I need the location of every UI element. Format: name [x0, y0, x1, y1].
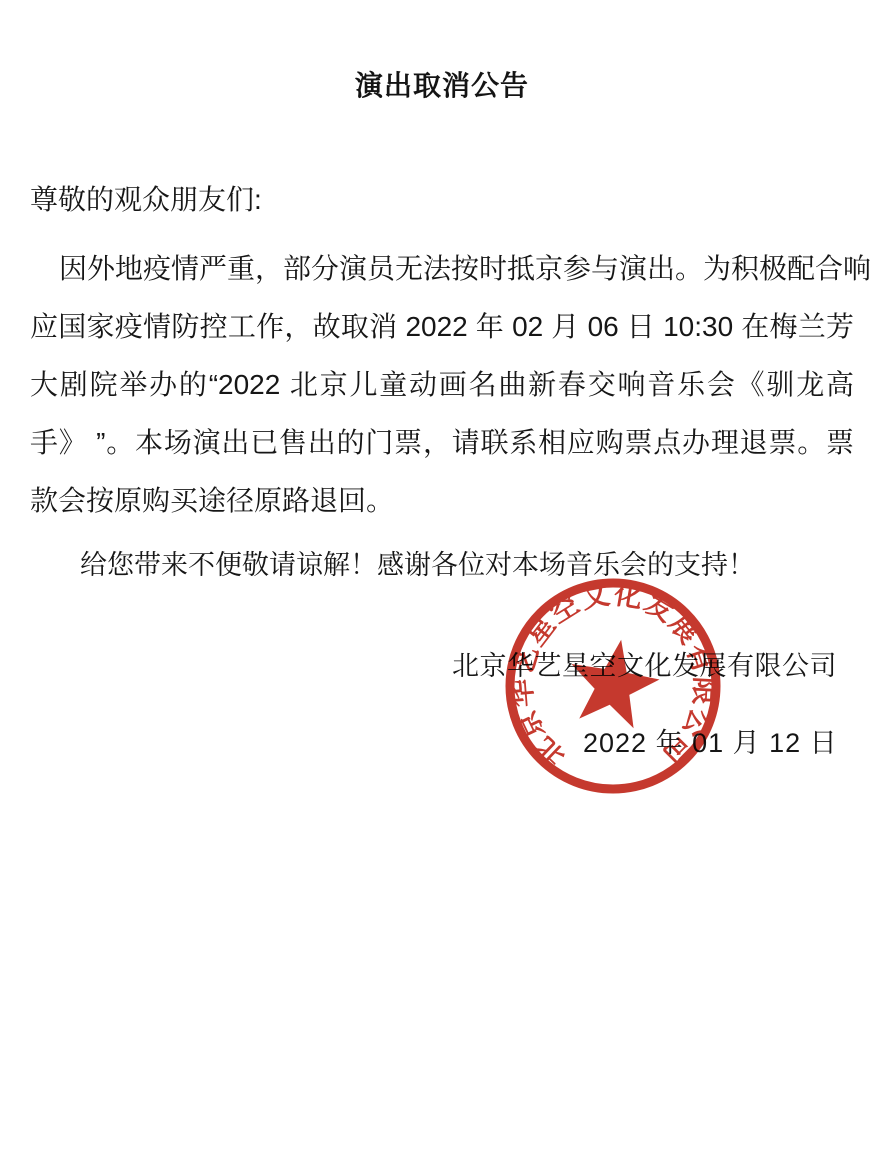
paragraph-line: 因外地疫情严重，部分演员无法按时抵京参与演出。为积极配合响 — [30, 240, 854, 298]
company-name: 北京华艺星空文化发展有限公司 — [452, 644, 837, 683]
body-paragraph: 因外地疫情严重，部分演员无法按时抵京参与演出。为积极配合响 应国家疫情防控工作，… — [30, 240, 854, 530]
paragraph-line: 大剧院举办的“2022 北京儿童动画名曲新春交响音乐会《驯龙高 — [30, 356, 854, 414]
greeting-text: 尊敬的观众朋友们: — [30, 178, 262, 218]
paragraph-line: 款会按原购买途径原路退回。 — [30, 472, 854, 530]
paragraph-line: 应国家疫情防控工作，故取消 2022 年 02 月 06 日 10:30 在梅兰… — [30, 298, 854, 356]
announcement-page: 演出取消公告 尊敬的观众朋友们: 因外地疫情严重，部分演员无法按时抵京参与演出。… — [0, 0, 884, 1174]
thanks-text: 给您带来不便敬请谅解！感谢各位对本场音乐会的支持！ — [80, 543, 755, 582]
company-seal-stamp: 北京华艺星空文化发展有限公司 — [495, 568, 731, 804]
page-title: 演出取消公告 — [0, 64, 884, 104]
signature-date: 2022 年 01 月 12 日 — [583, 721, 838, 760]
paragraph-line: 手》 ”。本场演出已售出的门票，请联系相应购票点办理退票。票 — [30, 414, 854, 472]
